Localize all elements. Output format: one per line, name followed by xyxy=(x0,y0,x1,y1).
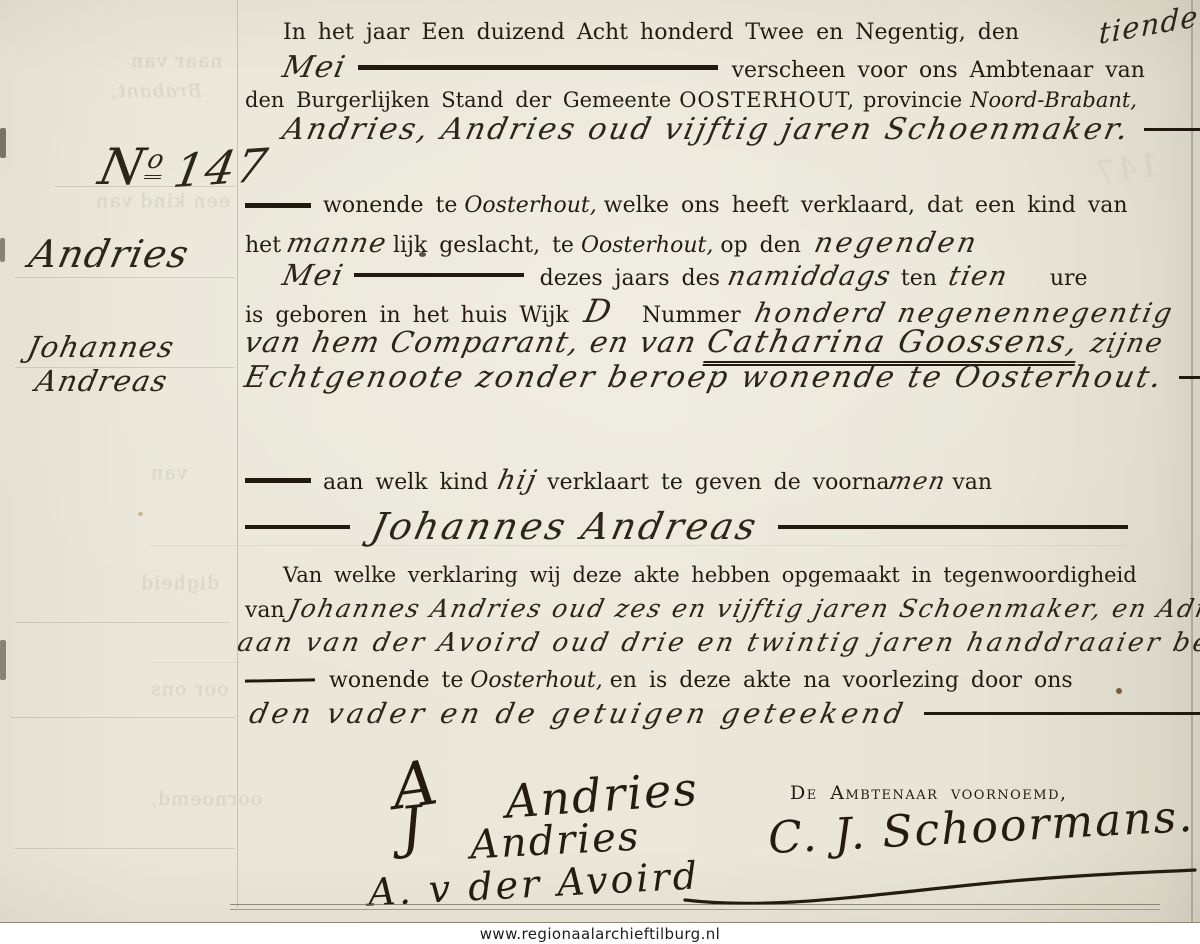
closing-printed-b: en is deze akte na voorlezing door ons xyxy=(610,668,1073,693)
closing-line: wonende te Oosterhout, en is deze akte n… xyxy=(245,668,1073,693)
daypart-handwritten: namiddags xyxy=(725,261,895,292)
naming-printed-b: verklaart te geven de voorna xyxy=(547,470,889,495)
leader-rule xyxy=(245,525,350,529)
trailing-rule xyxy=(924,712,1200,715)
gender-printed-b: lijk geslacht, te xyxy=(393,233,574,258)
declarant-handwritten: Andries, Andries oud vijftig jaren Schoe… xyxy=(279,112,1133,147)
naming-line: aan welk kind hij verklaart te geven de … xyxy=(245,465,992,496)
filler-rule xyxy=(354,273,524,277)
scan-edge-mark xyxy=(0,238,5,262)
margin-child-givenname-2: Andreas xyxy=(36,364,168,398)
margin-given1-text: Johannes xyxy=(24,330,178,364)
act-number: No 147 xyxy=(100,138,267,196)
dash-rule xyxy=(1179,376,1200,379)
residing-line: wonende te Oosterhout, welke ons heeft v… xyxy=(245,193,1128,218)
bleedthrough-text: oor ons xyxy=(150,678,228,700)
margin-child-givenname-1: Johannes xyxy=(28,330,174,364)
scanned-birth-certificate: { "document": { "margin": { "no_prefix":… xyxy=(0,0,1200,944)
dash-rule xyxy=(1144,128,1200,131)
closing-printed-a: wonende te xyxy=(329,668,463,693)
parents-handwritten-a: van hem Comparant, en van xyxy=(241,325,700,359)
hour-handwritten: tien xyxy=(946,261,1011,292)
gender-line: het manne lijk geslacht, te Oosterhout, … xyxy=(245,226,979,259)
child-names: Johannes Andreas xyxy=(367,505,762,548)
guide-line xyxy=(15,622,230,623)
guide-line xyxy=(15,848,235,849)
naming-printed-a: aan welk kind xyxy=(323,470,488,495)
naming-printed-c: van xyxy=(952,470,992,495)
birth-month: Mei xyxy=(279,258,347,292)
margin-vertical-rule xyxy=(237,0,238,908)
birthtime-printed-c: ure xyxy=(1050,266,1088,291)
birthtime-line: Mei dezes jaars des namiddags ten tien u… xyxy=(283,258,1088,292)
closing-city: Oosterhout, xyxy=(470,668,602,693)
trailing-rule xyxy=(778,525,1128,529)
margin-given2-text: Andreas xyxy=(32,364,171,398)
bleedthrough-text: oornoemd, xyxy=(150,788,262,810)
bleedthrough-text: van xyxy=(150,462,187,484)
act-number-prefix: N xyxy=(94,138,150,196)
appeared-before-printed: verscheen voor ons Ambtenaar van xyxy=(732,58,1145,83)
registry-line: den Burgerlijken Stand der Gemeente OOST… xyxy=(245,88,1137,112)
spouse-line: Echtgenoote zonder beroep wonende te Oos… xyxy=(245,360,1200,395)
filler-rule xyxy=(358,65,718,70)
guide-line xyxy=(150,662,240,663)
gender-printed-a: het xyxy=(245,233,281,258)
year-line: In het jaar Een duizend Acht honderd Twe… xyxy=(283,20,1019,45)
signature-flourish xyxy=(680,858,1200,908)
declarant-line: Andries, Andries oud vijftig jaren Schoe… xyxy=(283,112,1200,147)
birthtime-printed-a: dezes jaars des xyxy=(540,266,720,291)
witness2-handwritten: aan van der Avoird oud drie en twintig j… xyxy=(235,628,1200,658)
registry-printed-b: provincie xyxy=(863,88,962,112)
bleedthrough-number: 147 xyxy=(1093,146,1162,193)
witness1-line: van Johannes Andries oud zes en vijftig … xyxy=(245,594,1200,623)
margin-child-surname: Andries xyxy=(30,232,189,276)
pronoun-handwritten: hij xyxy=(495,465,540,496)
witness1-printed: van xyxy=(245,598,285,623)
paper-speck xyxy=(138,512,143,516)
scan-edge-mark xyxy=(0,640,6,680)
day-handwritten: tienden xyxy=(1096,0,1200,50)
residing-printed-b: welke ons heeft verklaard, dat een kind … xyxy=(604,193,1128,218)
watermark-bar: www.regionaalarchieftilburg.nl xyxy=(0,922,1200,944)
month-line: Mei verscheen voor ons Ambtenaar van xyxy=(283,50,1145,85)
registry-printed-a: den Burgerlijken Stand der Gemeente xyxy=(245,88,671,112)
spouse-handwritten: Echtgenoote zonder beroep wonende te Oos… xyxy=(241,360,1167,395)
day-handwritten-text: tienden xyxy=(1098,0,1200,51)
margin-surname-text: Andries xyxy=(25,232,193,276)
birthtime-printed-b: ten xyxy=(901,266,937,291)
residing-city: Oosterhout, xyxy=(464,193,596,218)
gender-printed-c: op den xyxy=(720,233,801,258)
month-handwritten: Mei xyxy=(279,50,349,85)
parents-handwritten-b: zijne xyxy=(1087,328,1166,359)
paper-speck xyxy=(1116,688,1122,694)
watermark-url: www.regionaalarchieftilburg.nl xyxy=(480,925,721,943)
scan-edge-mark xyxy=(0,128,6,158)
guide-line xyxy=(10,717,235,718)
birthday-ordinal: negenden xyxy=(811,226,982,259)
bleedthrough-text: Brabant, xyxy=(110,80,202,102)
birthplace-city: Oosterhout, xyxy=(581,233,713,258)
leader-rule xyxy=(245,203,311,208)
leader-rule xyxy=(245,478,311,483)
bottom-double-rule xyxy=(230,904,1160,910)
leader-rule xyxy=(245,678,315,682)
year-line-printed: In het jaar Een duizend Acht honderd Twe… xyxy=(283,20,1019,45)
province-name: Noord-Brabant, xyxy=(970,88,1137,112)
child-names-line: Johannes Andreas xyxy=(245,505,1128,548)
deed-line: Van welke verklaring wij deze akte hebbe… xyxy=(283,563,1137,587)
bleedthrough-text: naar van xyxy=(130,50,222,72)
witness1-handwritten: Johannes Andries oud zes en vijftig jare… xyxy=(286,594,1200,623)
signing-handwritten: den vader en de getuigen geteekend xyxy=(246,697,909,730)
bleedthrough-text: digheid xyxy=(140,572,219,594)
deed-printed: Van welke verklaring wij deze akte hebbe… xyxy=(283,563,1137,587)
municipality-name: OOSTERHOUT, xyxy=(679,88,855,112)
residing-printed-a: wonende te xyxy=(323,193,457,218)
names-suffix-handwritten: men xyxy=(886,467,949,495)
signing-line: den vader en de getuigen geteekend xyxy=(250,697,1200,730)
witness2-line: aan van der Avoird oud drie en twintig j… xyxy=(238,628,1200,658)
act-number-value: 147 xyxy=(169,138,272,198)
gender-handwritten: manne xyxy=(284,228,391,259)
guide-line xyxy=(15,277,235,278)
